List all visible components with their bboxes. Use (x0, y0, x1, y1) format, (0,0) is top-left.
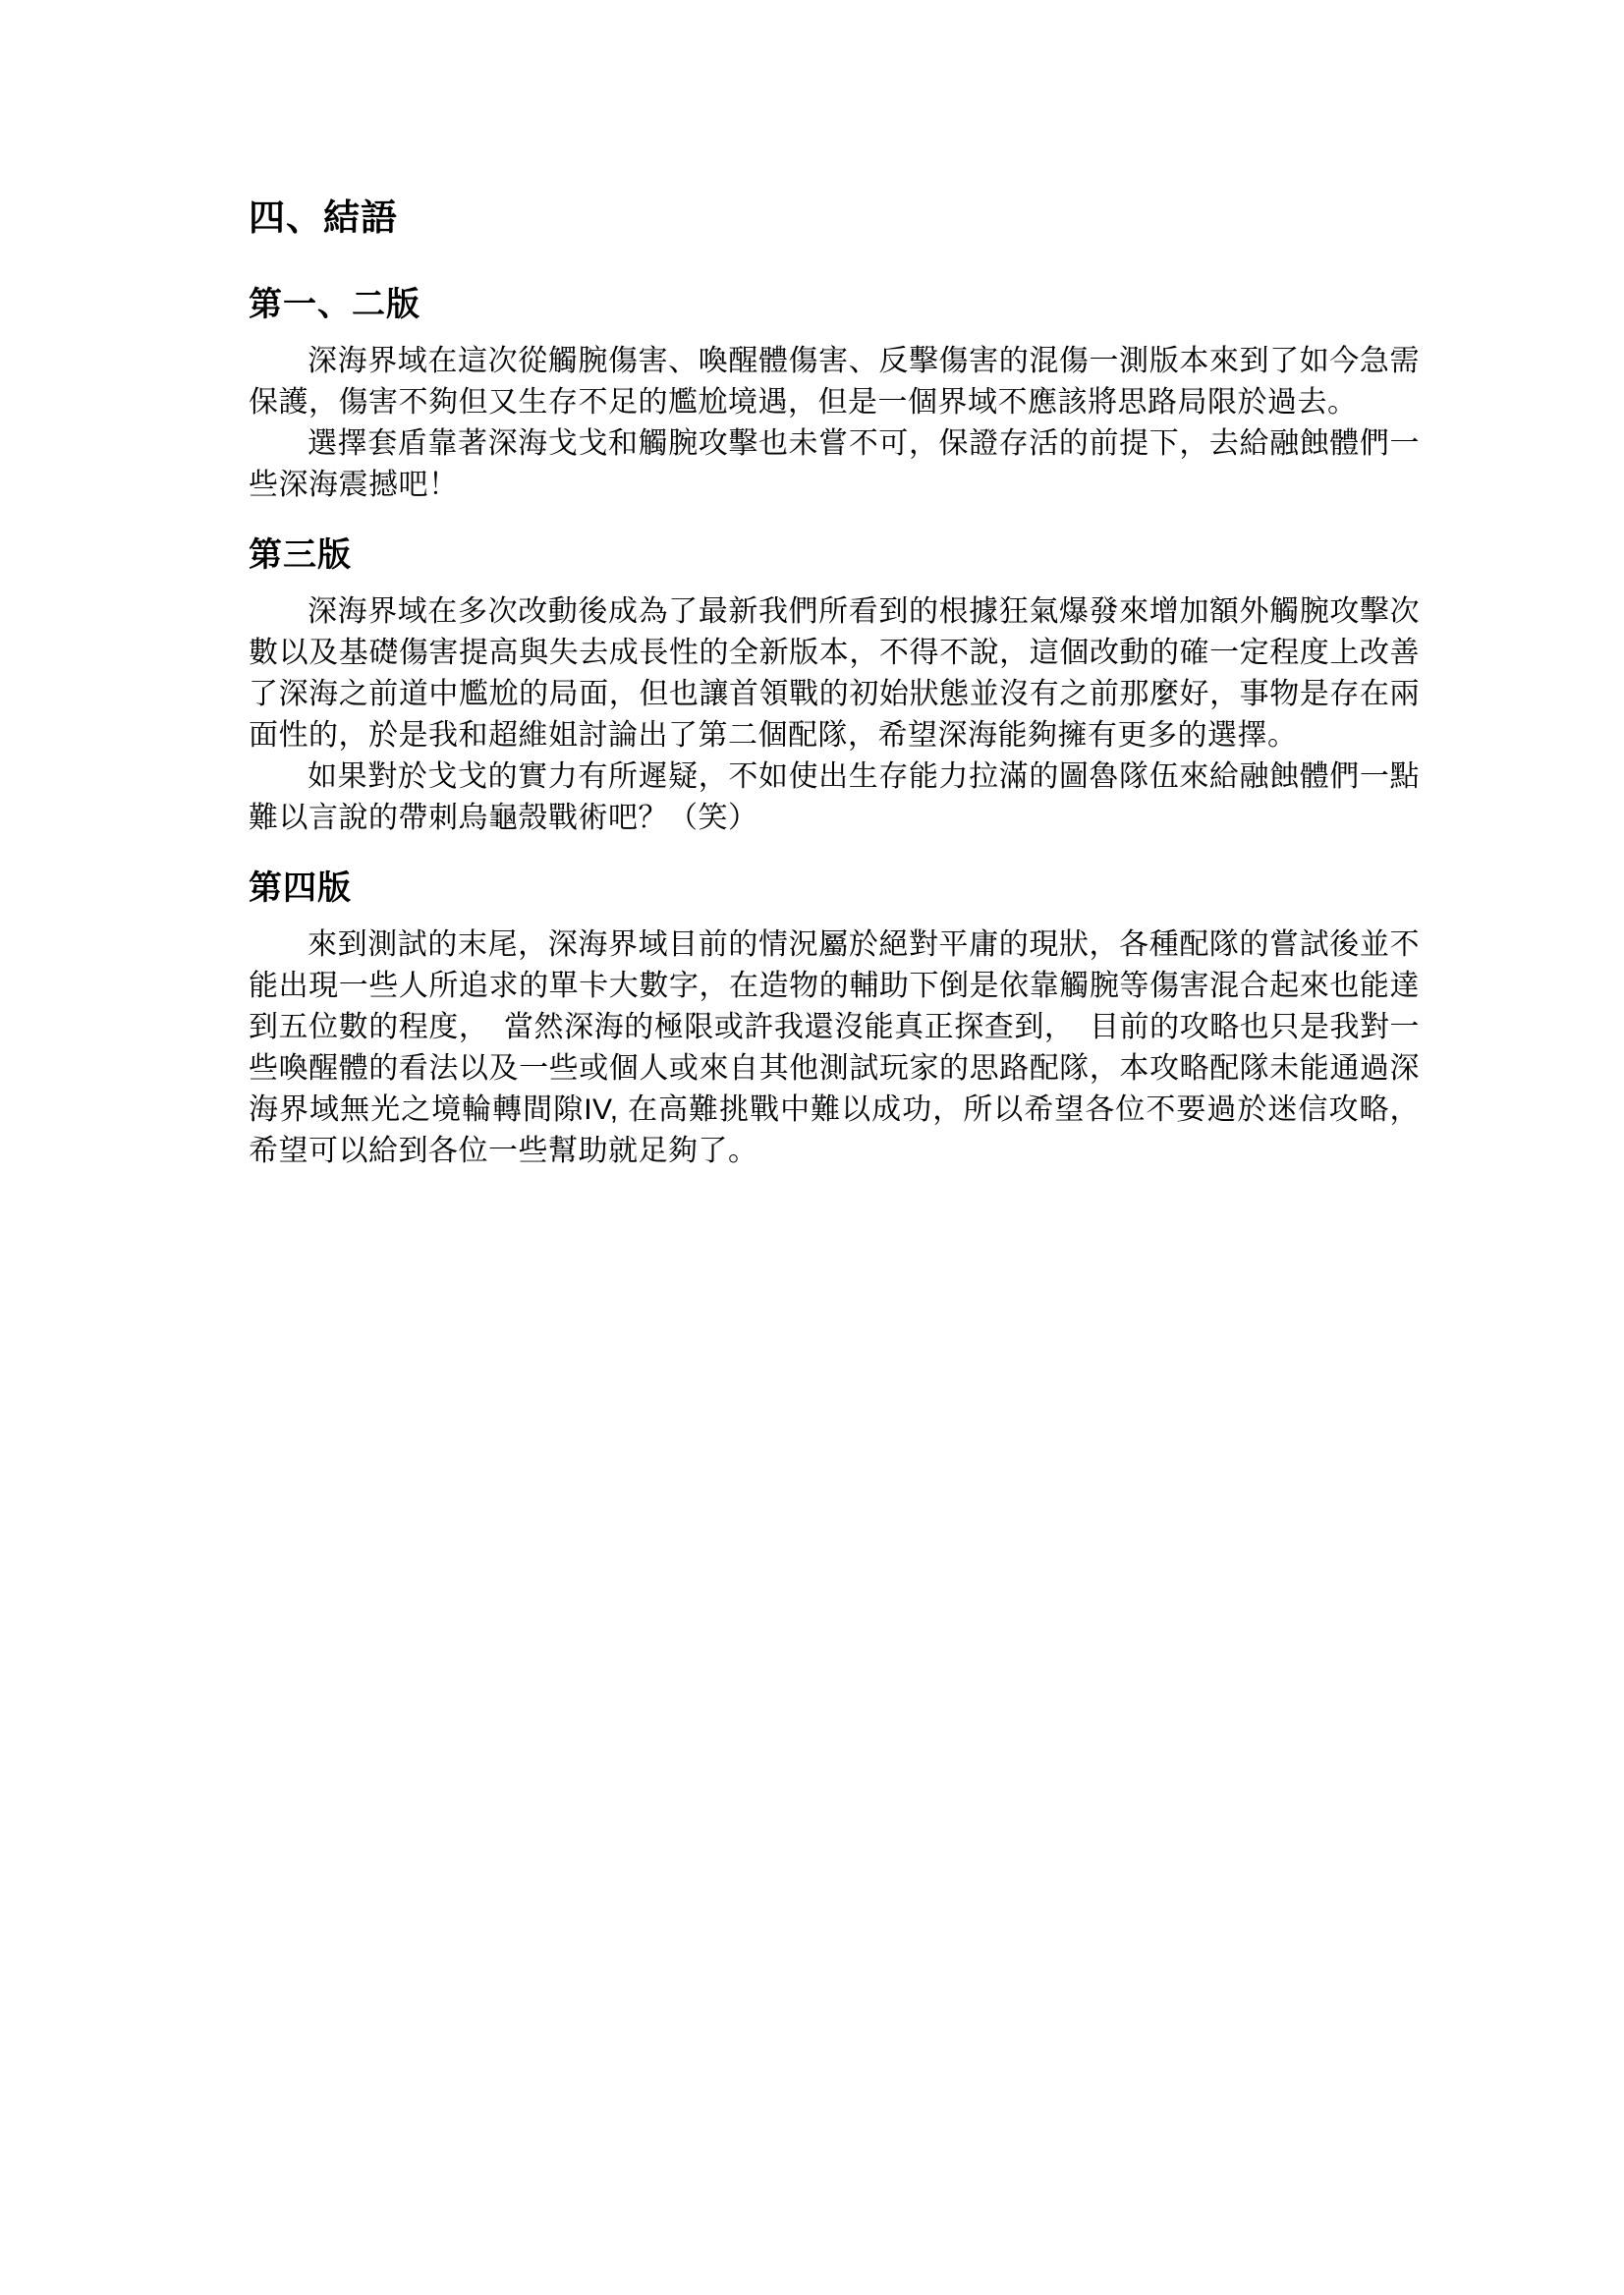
paragraph: 深海界域在這次從觸腕傷害、喚醒體傷害、反擊傷害的混傷一測版本來到了如今急需保護，… (249, 341, 1420, 423)
section-heading-version-3: 第三版 (249, 535, 1420, 576)
page-title: 四、結語 (249, 196, 1420, 240)
paragraph: 選擇套盾靠著深海戈戈和觸腕攻擊也未嘗不可，保證存活的前提下，去給融蝕體們一些深海… (249, 423, 1420, 506)
section-heading-version-1-2: 第一、二版 (249, 285, 1420, 325)
paragraph: 如果對於戈戈的實力有所遲疑，不如使出生存能力拉滿的圖魯隊伍來給融蝕體們一點難以言… (249, 756, 1420, 839)
paragraph: 深海界域在多次改動後成為了最新我們所看到的根據狂氣爆發來增加額外觸腕攻擊次數以及… (249, 591, 1420, 756)
paragraph: 來到測試的末尾，深海界域目前的情況屬於絕對平庸的現狀，各種配隊的嘗試後並不能出現… (249, 924, 1420, 1172)
document-page: 四、結語 第一、二版 深海界域在這次從觸腕傷害、喚醒體傷害、反擊傷害的混傷一測版… (0, 0, 1624, 2295)
section-heading-version-4: 第四版 (249, 868, 1420, 909)
